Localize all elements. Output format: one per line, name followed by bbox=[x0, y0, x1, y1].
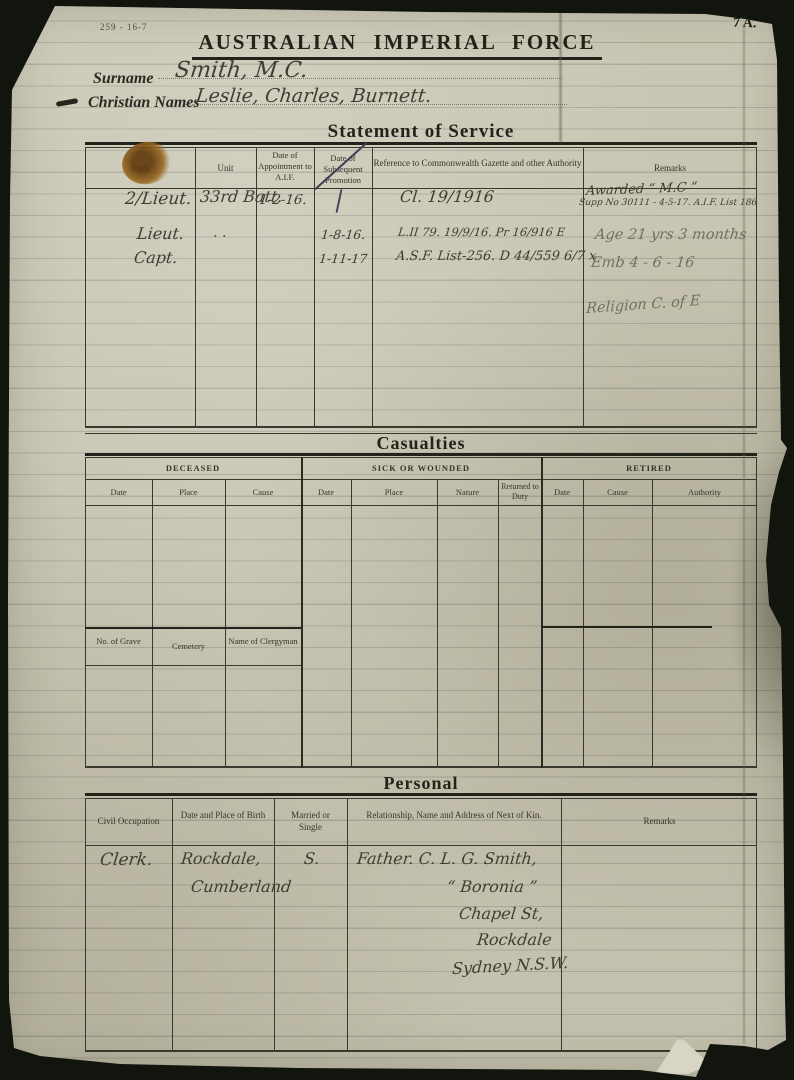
personal-col-line bbox=[347, 798, 348, 1052]
casualties-col-line bbox=[152, 479, 153, 768]
casualties-col-authority: Authority bbox=[652, 487, 757, 498]
service-header-unit: Unit bbox=[196, 163, 255, 175]
grave-header-bottom-line bbox=[85, 665, 301, 666]
service-row-promotion: 1-11-17 bbox=[318, 253, 368, 266]
grave-col-number: No. of Grave bbox=[85, 636, 152, 647]
casualties-col-place: Place bbox=[152, 487, 225, 498]
personal-top-rule bbox=[85, 793, 757, 796]
casualties-group-deceased: DECEASED bbox=[85, 463, 301, 474]
casualties-col-line bbox=[652, 479, 653, 768]
service-top-rule bbox=[85, 142, 757, 145]
casualties-col-date: Date bbox=[85, 487, 152, 498]
service-row-gazette: A.S.F. List-256. D 44/559 6/7 x bbox=[395, 250, 597, 263]
casualties-col-date: Date bbox=[541, 487, 583, 498]
service-row-gazette: L.II 79. 19/9/16. Pr 16/916 E bbox=[397, 227, 565, 239]
corner-mark: 7 A. bbox=[733, 16, 757, 33]
personal-occupation: Clerk. bbox=[99, 852, 153, 869]
christian-names-underline bbox=[185, 104, 567, 105]
casualties-col-line bbox=[225, 479, 226, 768]
page-title-wrap: AUSTRALIAN IMPERIAL FORCE bbox=[0, 30, 794, 60]
casualties-col-date: Date bbox=[301, 487, 351, 498]
service-row-rank: 2/Lieut. bbox=[124, 191, 192, 208]
casualties-col-returned: Returned to Duty bbox=[499, 482, 541, 503]
personal-nok-line: Rockdale bbox=[476, 932, 552, 948]
service-remark: Awarded “ M.C ” bbox=[586, 181, 698, 198]
margin-smudge-mark bbox=[56, 98, 79, 107]
service-row-appointment: 1-2-16. bbox=[258, 194, 307, 208]
service-remark: Age 21 yrs 3 months bbox=[594, 228, 747, 243]
personal-nok-line: Father. C. L. G. Smith, bbox=[356, 851, 538, 867]
personal-header-remarks: Remarks bbox=[562, 816, 757, 828]
surname-underline bbox=[158, 78, 562, 79]
personal-nok-line: “ Boronia ” bbox=[446, 879, 538, 895]
personal-header-bottom-line bbox=[85, 845, 757, 846]
casualties-group-bottom-line bbox=[85, 479, 757, 480]
casualties-col-place: Place bbox=[351, 487, 437, 498]
grave-col-cemetery: Cemetery bbox=[152, 641, 225, 652]
personal-table bbox=[85, 798, 757, 1052]
personal-birth-line1: Rockdale, bbox=[180, 851, 261, 867]
casualties-top-rule bbox=[85, 453, 757, 456]
service-row-rank: Capt. bbox=[133, 250, 178, 266]
page-title: AUSTRALIAN IMPERIAL FORCE bbox=[192, 30, 601, 60]
casualties-subheader-bottom-line bbox=[85, 505, 757, 506]
personal-header-married: Married or Single bbox=[281, 810, 340, 833]
service-section-title: Statement of Service bbox=[85, 121, 757, 143]
casualties-group-sick: SICK OR WOUNDED bbox=[301, 463, 541, 474]
service-row-promotion: 1-8-16. bbox=[320, 229, 366, 242]
casualties-section-title: Casualties bbox=[85, 433, 757, 454]
service-row-unit: · · bbox=[212, 230, 227, 244]
personal-birth-line2: Cumberland bbox=[190, 879, 292, 895]
casualties-col-cause: Cause bbox=[583, 487, 652, 498]
service-header-appointment: Date of Appointment to A.I.F. bbox=[257, 150, 313, 183]
service-remark: Supp No 30111 - 4-5-17. A.I.F. List 186 bbox=[579, 199, 758, 208]
personal-nok-line: Chapel St, bbox=[458, 906, 544, 922]
service-row-rank: Lieut. bbox=[136, 226, 185, 242]
casualties-table bbox=[85, 457, 757, 768]
casualties-col-nature: Nature bbox=[437, 487, 498, 498]
casualties-col-cause: Cause bbox=[225, 487, 301, 498]
personal-header-nok: Relationship, Name and Address of Next o… bbox=[362, 810, 546, 822]
personal-col-line bbox=[561, 798, 562, 1052]
service-header-gazette: Reference to Commonwealth Gazette and ot… bbox=[373, 158, 582, 170]
casualties-section-divider bbox=[301, 457, 303, 768]
christian-names-label: Christian Names bbox=[88, 94, 200, 112]
grave-col-clergyman: Name of Clergyman bbox=[225, 636, 301, 647]
casualties-col-line bbox=[583, 479, 584, 768]
personal-col-line bbox=[274, 798, 275, 1052]
grave-divider-left bbox=[85, 627, 301, 629]
document-page: 259 - 16-7 AUSTRALIAN IMPERIAL FORCE 7 A… bbox=[0, 0, 794, 1080]
service-row-gazette: Cl. 19/1916 bbox=[399, 189, 495, 205]
personal-header-birth: Date and Place of Birth bbox=[178, 810, 268, 822]
casualties-col-line bbox=[498, 479, 499, 768]
personal-col-line bbox=[172, 798, 173, 1052]
casualties-group-retired: RETIRED bbox=[541, 463, 757, 474]
casualties-section-divider bbox=[541, 457, 543, 768]
casualties-col-line bbox=[351, 479, 352, 768]
personal-married: S. bbox=[303, 851, 320, 867]
surname-label: Surname bbox=[93, 70, 153, 88]
personal-section-title: Personal bbox=[85, 773, 757, 794]
service-header-remarks: Remarks bbox=[584, 163, 756, 175]
casualties-col-line bbox=[437, 479, 438, 768]
personal-header-occupation: Civil Occupation bbox=[86, 816, 171, 828]
service-remark: Emb 4 - 6 - 16 bbox=[590, 256, 695, 271]
grave-divider-right bbox=[541, 626, 712, 628]
